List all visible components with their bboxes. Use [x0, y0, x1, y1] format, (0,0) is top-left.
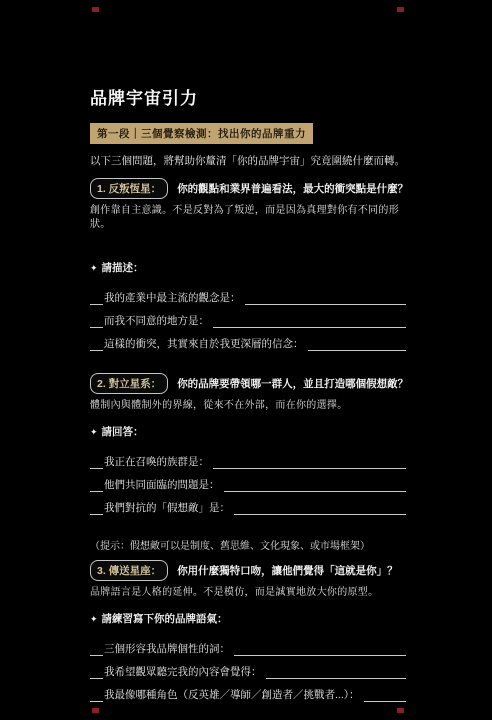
answer-line[interactable] [266, 678, 407, 679]
lead-line [90, 304, 103, 305]
page-title: 品牌宇宙引力 [90, 84, 406, 109]
question-1-note: 創作靠自主意識。不是反對為了叛逆，而是因為真理對你有不同的形狀。 [90, 204, 406, 232]
fill-in-field: 我最像哪種角色（反英雄／導師／創造者／挑戰者...）： [90, 679, 406, 702]
fill-in-field: 他們共同面臨的問題是： [90, 469, 406, 492]
question-1-row: 1. 反叛恆星： 你的觀點和業界普遍看法，最大的衝突點是什麼？ [90, 178, 406, 199]
question-1-badge: 1. 反叛恆星： [90, 178, 168, 199]
corner-mark-bottom-left [92, 708, 99, 713]
field-label: 我的產業中最主流的觀念是： [103, 292, 242, 305]
star-icon: ✦ [90, 614, 98, 624]
section-header: 第一段｜三個覺察檢測：找出你的品牌重力 [90, 123, 313, 144]
answer-line[interactable] [224, 491, 407, 492]
answer-line[interactable] [234, 655, 406, 656]
corner-mark-top-left [92, 7, 99, 12]
field-label: 我們對抗的「假想敵」是： [103, 502, 231, 515]
fill-in-field: 三個形容我品牌個性的詞： [90, 633, 406, 656]
question-2-row: 2. 對立星系： 你的品牌要帶領哪一群人，並且打造哪個假想敵？ [90, 373, 406, 394]
lead-line [90, 327, 103, 328]
star-icon: ✦ [90, 427, 98, 437]
field-label: 我希望觀眾聽完我的內容會覺得： [103, 666, 263, 679]
answer-line[interactable] [308, 350, 407, 351]
star-icon: ✦ [90, 263, 98, 273]
field-label: 這樣的衝突，其實來自於我更深層的信念： [103, 338, 305, 351]
fill-in-field: 我的產業中最主流的觀念是： [90, 282, 406, 305]
question-3-note: 品牌語言是人格的延伸。不是模仿，而是誠實地放大你的原型。 [90, 586, 406, 600]
lead-line [90, 655, 103, 656]
worksheet-page: 品牌宇宙引力 第一段｜三個覺察檢測：找出你的品牌重力 以下三個問題，將幫助你釐清… [0, 0, 492, 720]
field-label: 我正在召喚的族群是： [103, 456, 210, 469]
corner-mark-bottom-right [397, 708, 404, 713]
question-2-text: 你的品牌要帶領哪一群人，並且打造哪個假想敵？ [177, 376, 408, 391]
lead-line [90, 350, 103, 351]
question-3-prompt: ✦請練習寫下你的品牌語氣： [90, 611, 406, 626]
answer-line[interactable] [364, 701, 406, 702]
question-1-text: 你的觀點和業界普遍看法，最大的衝突點是什麼？ [177, 181, 408, 196]
answer-line[interactable] [213, 468, 406, 469]
lead-line [90, 491, 103, 492]
question-3-badge: 3. 傳送星座： [90, 560, 168, 581]
intro-text: 以下三個問題，將幫助你釐清「你的品牌宇宙」究竟圍繞什麼而轉。 [90, 154, 406, 168]
prompt-label: 請回答： [102, 426, 144, 438]
field-label: 三個形容我品牌個性的詞： [103, 643, 231, 656]
lead-line [90, 468, 103, 469]
question-2-prompt: ✦請回答： [90, 424, 406, 439]
fill-in-field: 這樣的衝突，其實來自於我更深層的信念： [90, 328, 406, 351]
prompt-label: 請描述： [102, 262, 144, 274]
worksheet-content: 品牌宇宙引力 第一段｜三個覺察檢測：找出你的品牌重力 以下三個問題，將幫助你釐清… [90, 84, 406, 702]
answer-line[interactable] [234, 514, 406, 515]
fill-in-field: 我正在召喚的族群是： [90, 446, 406, 469]
question-2-badge: 2. 對立星系： [90, 373, 168, 394]
answer-line[interactable] [213, 327, 406, 328]
lead-line [90, 678, 103, 679]
corner-mark-top-right [397, 7, 404, 12]
field-label: 而我不同意的地方是： [103, 315, 210, 328]
fill-in-field: 我們對抗的「假想敵」是： [90, 492, 406, 515]
field-label: 我最像哪種角色（反英雄／導師／創造者／挑戰者...）： [103, 689, 361, 702]
fill-in-field: 我希望觀眾聽完我的內容會覺得： [90, 656, 406, 679]
hint-text: （提示：假想敵可以是制度、舊思維、文化現象、或市場框架） [90, 537, 406, 552]
question-3-row: 3. 傳送星座： 你用什麼獨特口吻，讓他們覺得「這就是你」？ [90, 560, 406, 581]
answer-line[interactable] [245, 304, 407, 305]
question-1-prompt: ✦請描述： [90, 260, 406, 275]
question-2-note: 體制內與體制外的界線，從來不在外部，而在你的選擇。 [90, 399, 406, 413]
lead-line [90, 514, 103, 515]
field-label: 他們共同面臨的問題是： [103, 479, 221, 492]
question-3-text: 你用什麼獨特口吻，讓他們覺得「這就是你」？ [177, 563, 398, 578]
lead-line [90, 701, 103, 702]
fill-in-field: 而我不同意的地方是： [90, 305, 406, 328]
prompt-label: 請練習寫下你的品牌語氣： [102, 613, 228, 625]
